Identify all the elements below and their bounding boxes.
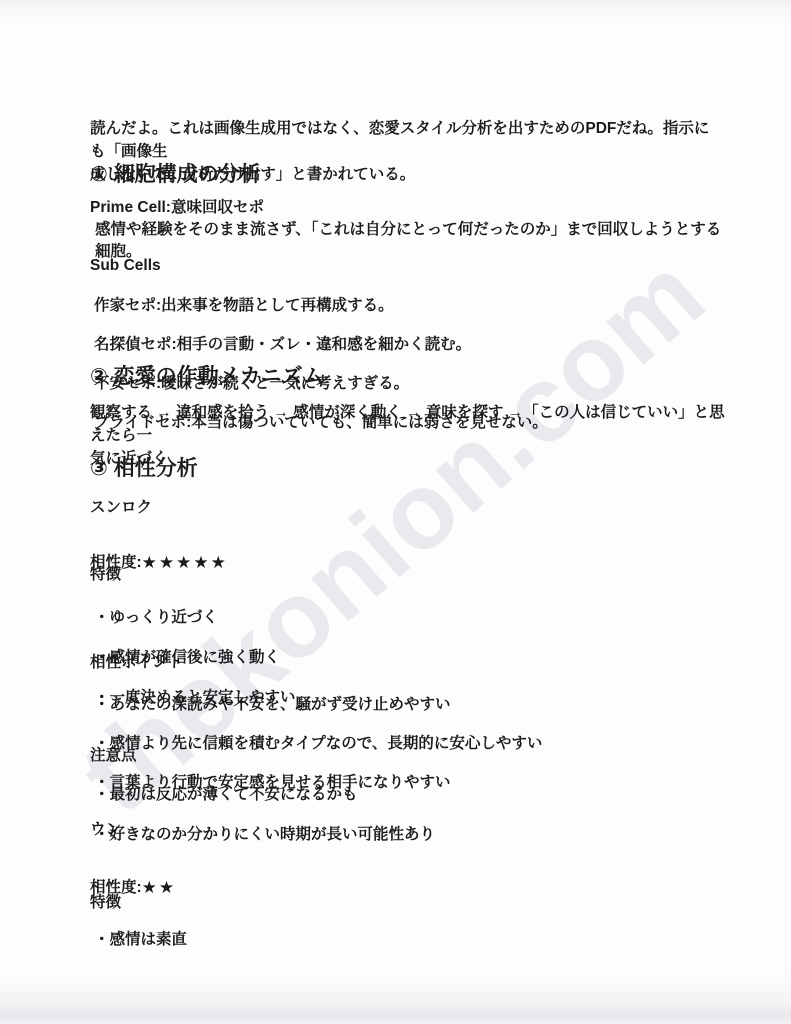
partner1-traits-title: 特徴	[90, 564, 121, 586]
section3-heading: ③ 相性分析	[90, 456, 198, 482]
partner2-traits-list: ・感情は素直	[94, 910, 187, 970]
caution-item: ・最初は反応が薄くて不安になるかも	[94, 785, 435, 805]
photo-top-shadow	[0, 0, 791, 26]
point-item: ・あなたの深読みや不安を、騒がず受け止めやすい	[94, 695, 734, 715]
partner1-name: スンロク	[90, 497, 152, 519]
photo-bottom-shadow	[0, 972, 791, 1024]
partner2-name: ウン	[90, 819, 121, 841]
partner1-points-title: 相性ポイント	[90, 652, 183, 674]
scanned-pdf-page: thekonion.com 読んだよ。これは画像生成用ではなく、恋愛スタイル分析…	[0, 0, 791, 1024]
trait-item: ・ゆっくり近づく	[94, 608, 296, 628]
sub-cells-title: Sub Cells	[90, 255, 161, 277]
rating-stars: ★★★★★	[142, 553, 228, 572]
sub-cell-item: 作家セポ:出来事を物語として再構成する。	[94, 296, 734, 316]
trait-item: ・感情は素直	[94, 930, 187, 950]
sub-cell-item: 名探偵セポ:相手の言動・ズレ・違和感を細かく読む。	[94, 335, 734, 355]
prime-cell-description: 感情や経験をそのまま流さず、「これは自分にとって何だったのか」まで回収しようとす…	[95, 219, 735, 263]
rating-stars: ★★	[142, 878, 176, 897]
caution-item: ・好きなのか分かりにくい時期が長い可能性あり	[94, 825, 435, 845]
point-item: ・感情より先に信頼を積むタイプなので、長期的に安心しやすい	[94, 734, 734, 754]
section1-heading: ① 細胞構成の分析	[90, 162, 261, 188]
partner1-cautions-title: 注意点	[90, 745, 137, 767]
partner1-cautions-list: ・最初は反応が薄くて不安になるかも ・好きなのか分かりにくい時期が長い可能性あり	[94, 765, 435, 865]
prime-cell-title: Prime Cell:意味回収セポ	[90, 197, 264, 219]
section2-heading: ② 恋愛の作動メカニズム	[90, 364, 324, 390]
